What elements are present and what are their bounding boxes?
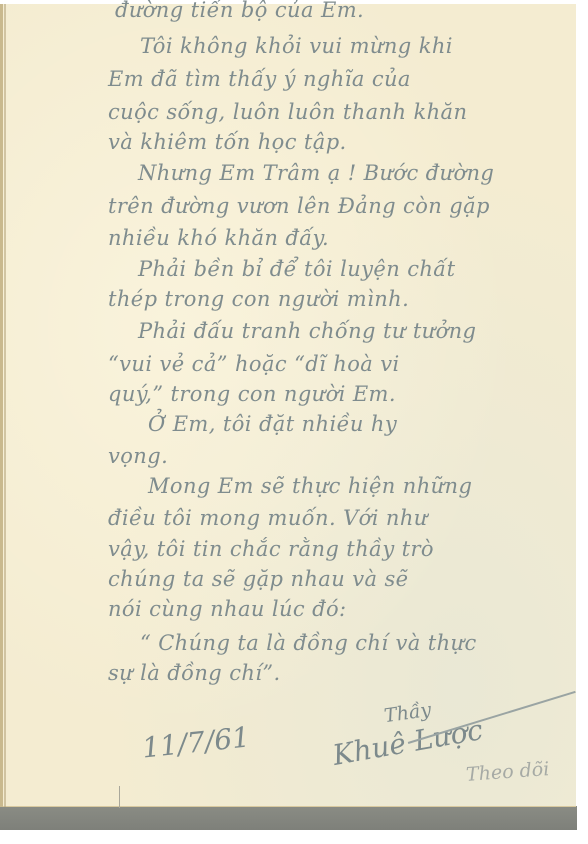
letter-page: đường tiến bộ của Em. Tôi không khỏi vui… [0, 4, 576, 807]
letter-line: nhiều khó khăn đấy. [108, 226, 329, 250]
letter-line: thép trong con người mình. [108, 287, 409, 311]
letter-line: vọng. [108, 444, 168, 468]
letter-line: sự là đồng chí”. [108, 661, 281, 685]
letter-line: chúng ta sẽ gặp nhau và sẽ [108, 567, 408, 591]
letter-line: Mong Em sẽ thực hiện những [148, 474, 472, 498]
letter-line: “vui vẻ cả” hoặc “dĩ hoà vi [108, 352, 400, 376]
letter-line: Phải bền bỉ để tôi luyện chất [138, 257, 455, 281]
letter-line: Em đã tìm thấy ý nghĩa của [108, 67, 411, 91]
letter-line: Nhưng Em Trâm ạ ! Bước đường [138, 161, 494, 185]
letter-line: và khiêm tốn học tập. [108, 130, 347, 154]
letter-line: “ Chúng ta là đồng chí và thực [140, 631, 477, 655]
letter-line: cuộc sống, luôn luôn thanh khăn [108, 100, 467, 124]
pencil-annotation: Theo dõi [465, 758, 550, 786]
letter-line: Phải đấu tranh chống tư tưởng [138, 319, 476, 343]
signature-underline [408, 691, 576, 744]
letter-line: đường tiến bộ của Em. [115, 0, 364, 22]
pencil-tick-mark [119, 786, 120, 808]
letter-line: nói cùng nhau lúc đó: [108, 597, 347, 621]
notebook-binding-edge [4, 4, 6, 807]
letter-line: vậy, tôi tin chắc rằng thầy trò [108, 537, 434, 561]
letter-line: Ở Em, tôi đặt nhiều hy [148, 412, 397, 436]
letter-line: Tôi không khỏi vui mừng khi [140, 34, 453, 58]
letter-date: 11/7/61 [141, 720, 252, 764]
letter-line: trên đường vươn lên Đảng còn gặp [108, 194, 490, 218]
scan-shadow-band [0, 806, 577, 830]
letter-line: điều tôi mong muốn. Với như [108, 506, 428, 530]
letter-line: quý,” trong con người Em. [108, 382, 396, 406]
